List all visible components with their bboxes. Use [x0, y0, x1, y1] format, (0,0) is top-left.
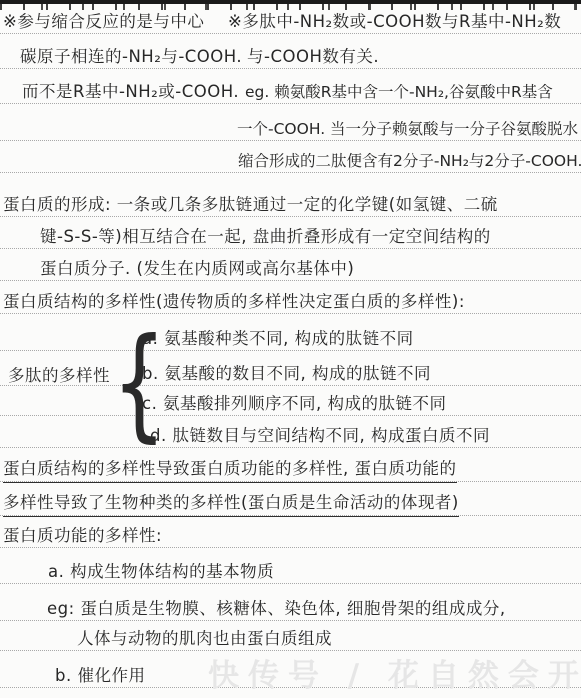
- note-text: 多样性导致了生物种类的多样性(蛋白质是生命活动的体现者): [3, 491, 459, 517]
- note-row: 碳原子相连的-NH₂与-COOH. 与-COOH数有关.: [0, 44, 581, 70]
- note-text: 与-COOH数有关.: [247, 44, 379, 70]
- note-text: b. 氨基酸的数目不同, 构成的肽链不同: [142, 361, 431, 387]
- note-text: 蛋白质功能的多样性:: [3, 523, 162, 549]
- note-row: eg: 蛋白质是生物膜、核糖体、染色体, 细胞骨架的组成成分,: [0, 596, 581, 622]
- note-text: eg. 赖氨酸R基中含一个-NH₂,谷氨酸中R基含: [245, 79, 553, 105]
- note-text: 而不是R基中-NH₂或-COOH.: [22, 79, 239, 105]
- note-row: 缩合形成的二肽便含有2分子-NH₂与2分子-COOH.: [0, 148, 581, 174]
- note-row: 多样性导致了生物种类的多样性(蛋白质是生命活动的体现者): [0, 491, 581, 517]
- note-row: c. 氨基酸排列顺序不同, 构成的肽链不同: [0, 391, 581, 417]
- curly-brace: {: [112, 310, 166, 456]
- note-text: c. 氨基酸排列顺序不同, 构成的肽链不同: [142, 391, 447, 417]
- handwritten-note-page: 快传号 / 花自然会开了 ※参与缩合反应的是与中心 ※多肽中-NH₂数或-COO…: [0, 0, 581, 698]
- note-row: 蛋白质分子. (发生在内质网或高尔基体中): [0, 256, 581, 282]
- note-row: 蛋白质的形成: 一条或几条多肽链通过一定的化学键(如氢键、二硫: [0, 192, 581, 218]
- brace-group-label: 多肽的多样性: [8, 362, 110, 386]
- note-row: 蛋白质功能的多样性:: [0, 523, 581, 549]
- note-row: b. 催化作用: [0, 663, 581, 689]
- note-text: 键-S-S-等)相互结合在一起, 盘曲折叠形成有一定空间结构的: [40, 224, 491, 250]
- note-text: d. 肽链数目与空间结构不同, 构成蛋白质不同: [150, 423, 490, 449]
- note-row: a. 构成生物体结构的基本物质: [0, 559, 581, 585]
- note-row: 而不是R基中-NH₂或-COOH. eg. 赖氨酸R基中含一个-NH₂,谷氨酸中…: [0, 79, 581, 105]
- note-text: eg: 蛋白质是生物膜、核糖体、染色体, 细胞骨架的组成成分,: [47, 596, 506, 622]
- note-row: 人体与动物的肌肉也由蛋白质组成: [0, 626, 581, 652]
- note-row: 蛋白质结构的多样性导致蛋白质功能的多样性, 蛋白质功能的: [0, 457, 581, 483]
- note-row: ※参与缩合反应的是与中心 ※多肽中-NH₂数或-COOH数与R基中-NH₂数: [0, 9, 581, 35]
- note-text: a. 氨基酸种类不同, 构成的肽链不同: [142, 326, 414, 352]
- note-text: ※参与缩合反应的是与中心: [3, 9, 204, 35]
- note-text: 缩合形成的二肽便含有2分子-NH₂与2分子-COOH.: [238, 148, 581, 174]
- note-row: 一个-COOH. 当一分子赖氨酸与一分子谷氨酸脱水: [0, 116, 581, 142]
- note-text: b. 催化作用: [55, 663, 145, 689]
- note-text: a. 构成生物体结构的基本物质: [48, 559, 274, 585]
- note-row: 键-S-S-等)相互结合在一起, 盘曲折叠形成有一定空间结构的: [0, 224, 581, 250]
- note-text: ※多肽中-NH₂数或-COOH数与R基中-NH₂数: [228, 9, 561, 35]
- note-row: a. 氨基酸种类不同, 构成的肽链不同: [0, 326, 581, 352]
- note-text: 一个-COOH. 当一分子赖氨酸与一分子谷氨酸脱水: [237, 116, 578, 142]
- note-row: 蛋白质结构的多样性(遗传物质的多样性决定蛋白质的多样性):: [0, 289, 581, 315]
- note-text: 蛋白质结构的多样性导致蛋白质功能的多样性, 蛋白质功能的: [3, 457, 457, 483]
- note-text: 蛋白质分子. (发生在内质网或高尔基体中): [40, 256, 354, 282]
- note-row: d. 肽链数目与空间结构不同, 构成蛋白质不同: [0, 423, 581, 449]
- note-text: 碳原子相连的-NH₂与-COOH.: [20, 44, 242, 70]
- note-text: 人体与动物的肌肉也由蛋白质组成: [77, 626, 332, 652]
- note-text: 蛋白质结构的多样性(遗传物质的多样性决定蛋白质的多样性):: [3, 289, 465, 315]
- note-text: 蛋白质的形成: 一条或几条多肽链通过一定的化学键(如氢键、二硫: [3, 192, 498, 218]
